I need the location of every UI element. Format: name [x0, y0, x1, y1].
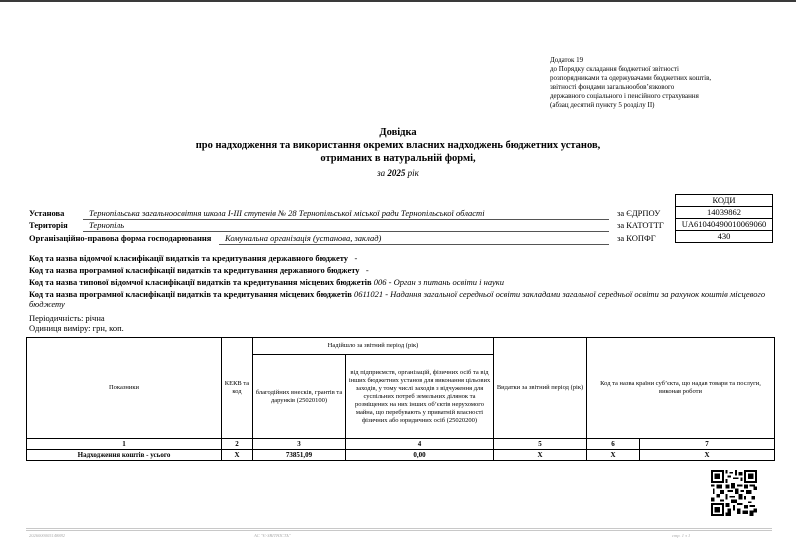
row-kekv: X [222, 450, 253, 461]
title-line: отриманих в натуральній формі, [0, 152, 796, 165]
title-heading: Довідка [0, 126, 796, 139]
report-period: за 2025 рік [0, 167, 796, 180]
row-charity-amount: 73851,09 [253, 450, 346, 461]
edrpou-label: за ЄДРПОУ [617, 208, 660, 219]
footer-system-name: АС "Є-ЗВІТНІСТЬ" [254, 533, 291, 538]
appendix-line: (абзац десятий пункту 5 розділу II) [550, 101, 790, 110]
kopfg-label: за КОПФГ [617, 233, 656, 244]
row-enterprises-amount: 0,00 [346, 450, 494, 461]
row-country-name: X [640, 450, 775, 461]
document-title: Довідка про надходження та використання … [0, 126, 796, 180]
territory-row: Територія Тернопіль [29, 220, 609, 232]
appendix-line: розпорядниками та одержувачами бюджетних… [550, 74, 790, 83]
katottg-label: за КАТОТТГ [617, 220, 664, 231]
institution-label: Установа [29, 208, 83, 220]
codes-table: КОДИ 14039862 UA61040490010069060 430 [675, 194, 773, 243]
codes-header: КОДИ [676, 195, 773, 207]
footer-document-id: 2026000005148882 [29, 533, 65, 538]
appendix-line: звітності фондами загальнообов’язкового [550, 83, 790, 92]
katottg-value: UA61040490010069060 [676, 219, 773, 231]
org-form-row: Організаційно-правова форма господарюван… [29, 233, 609, 245]
row-name: Надходження коштів - усього [27, 450, 222, 461]
row-country-code: X [587, 450, 640, 461]
institution-value: Тернопільська загальноосвітня школа I-II… [83, 208, 609, 220]
column-numbers-row: 1 2 3 4 5 6 7 [27, 439, 775, 450]
institution-row: Установа Тернопільська загальноосвітня ш… [29, 208, 609, 220]
appendix-line: Додаток 19 [550, 56, 790, 65]
row-expenses: X [494, 450, 587, 461]
header-country: Код та назва країни суб’єкта, що надав т… [587, 338, 775, 439]
classification-line: Код та назва програмної класифікації вид… [29, 265, 779, 275]
title-line: про надходження та використання окремих … [0, 139, 796, 152]
org-form-label: Організаційно-правова форма господарюван… [29, 233, 219, 245]
header-kekv: КЕКВ та код [222, 338, 253, 439]
classification-line: Код та назва відомчої класифікації видат… [29, 253, 779, 263]
classification-line: Код та назва типової відомчої класифікац… [29, 277, 779, 287]
unit-of-measure: Одиниця виміру: грн, коп. [29, 323, 124, 333]
territory-value: Тернопіль [83, 220, 609, 232]
edrpou-value: 14039862 [676, 207, 773, 219]
header-enterprises: від підприємств, організацій, фізичних о… [346, 355, 494, 439]
header-charity: благодійних внесків, грантів та дарунків… [253, 355, 346, 439]
appendix-line: державного соціального і пенсійного стра… [550, 92, 790, 101]
qr-code-icon [711, 470, 757, 516]
footer-page-number: стр. 1 з 1 [672, 533, 690, 538]
header-received-group: Надійшло за звітний період (рік) [253, 338, 494, 355]
periodicity: Періодичність: річна [29, 313, 105, 323]
appendix-line: до Порядку складання бюджетної звітності [550, 65, 790, 74]
header-indicators: Показники [27, 338, 222, 439]
footer-divider [26, 528, 772, 529]
kopfg-value: 430 [676, 231, 773, 243]
main-table: Показники КЕКВ та код Надійшло за звітни… [26, 337, 775, 461]
footer-divider [26, 530, 772, 531]
org-form-value: Комунальна організація (установа, заклад… [219, 233, 609, 245]
territory-label: Територія [29, 220, 83, 232]
table-row: Надходження коштів - усього X 73851,09 0… [27, 450, 775, 461]
header-expenses: Видатки за звітний період (рік) [494, 338, 587, 439]
window-top-border [0, 0, 796, 2]
classification-line: Код та назва програмної класифікації вид… [29, 289, 779, 309]
report-year: 2025 [387, 168, 405, 178]
appendix-note: Додаток 19 до Порядку складання бюджетно… [550, 56, 790, 110]
